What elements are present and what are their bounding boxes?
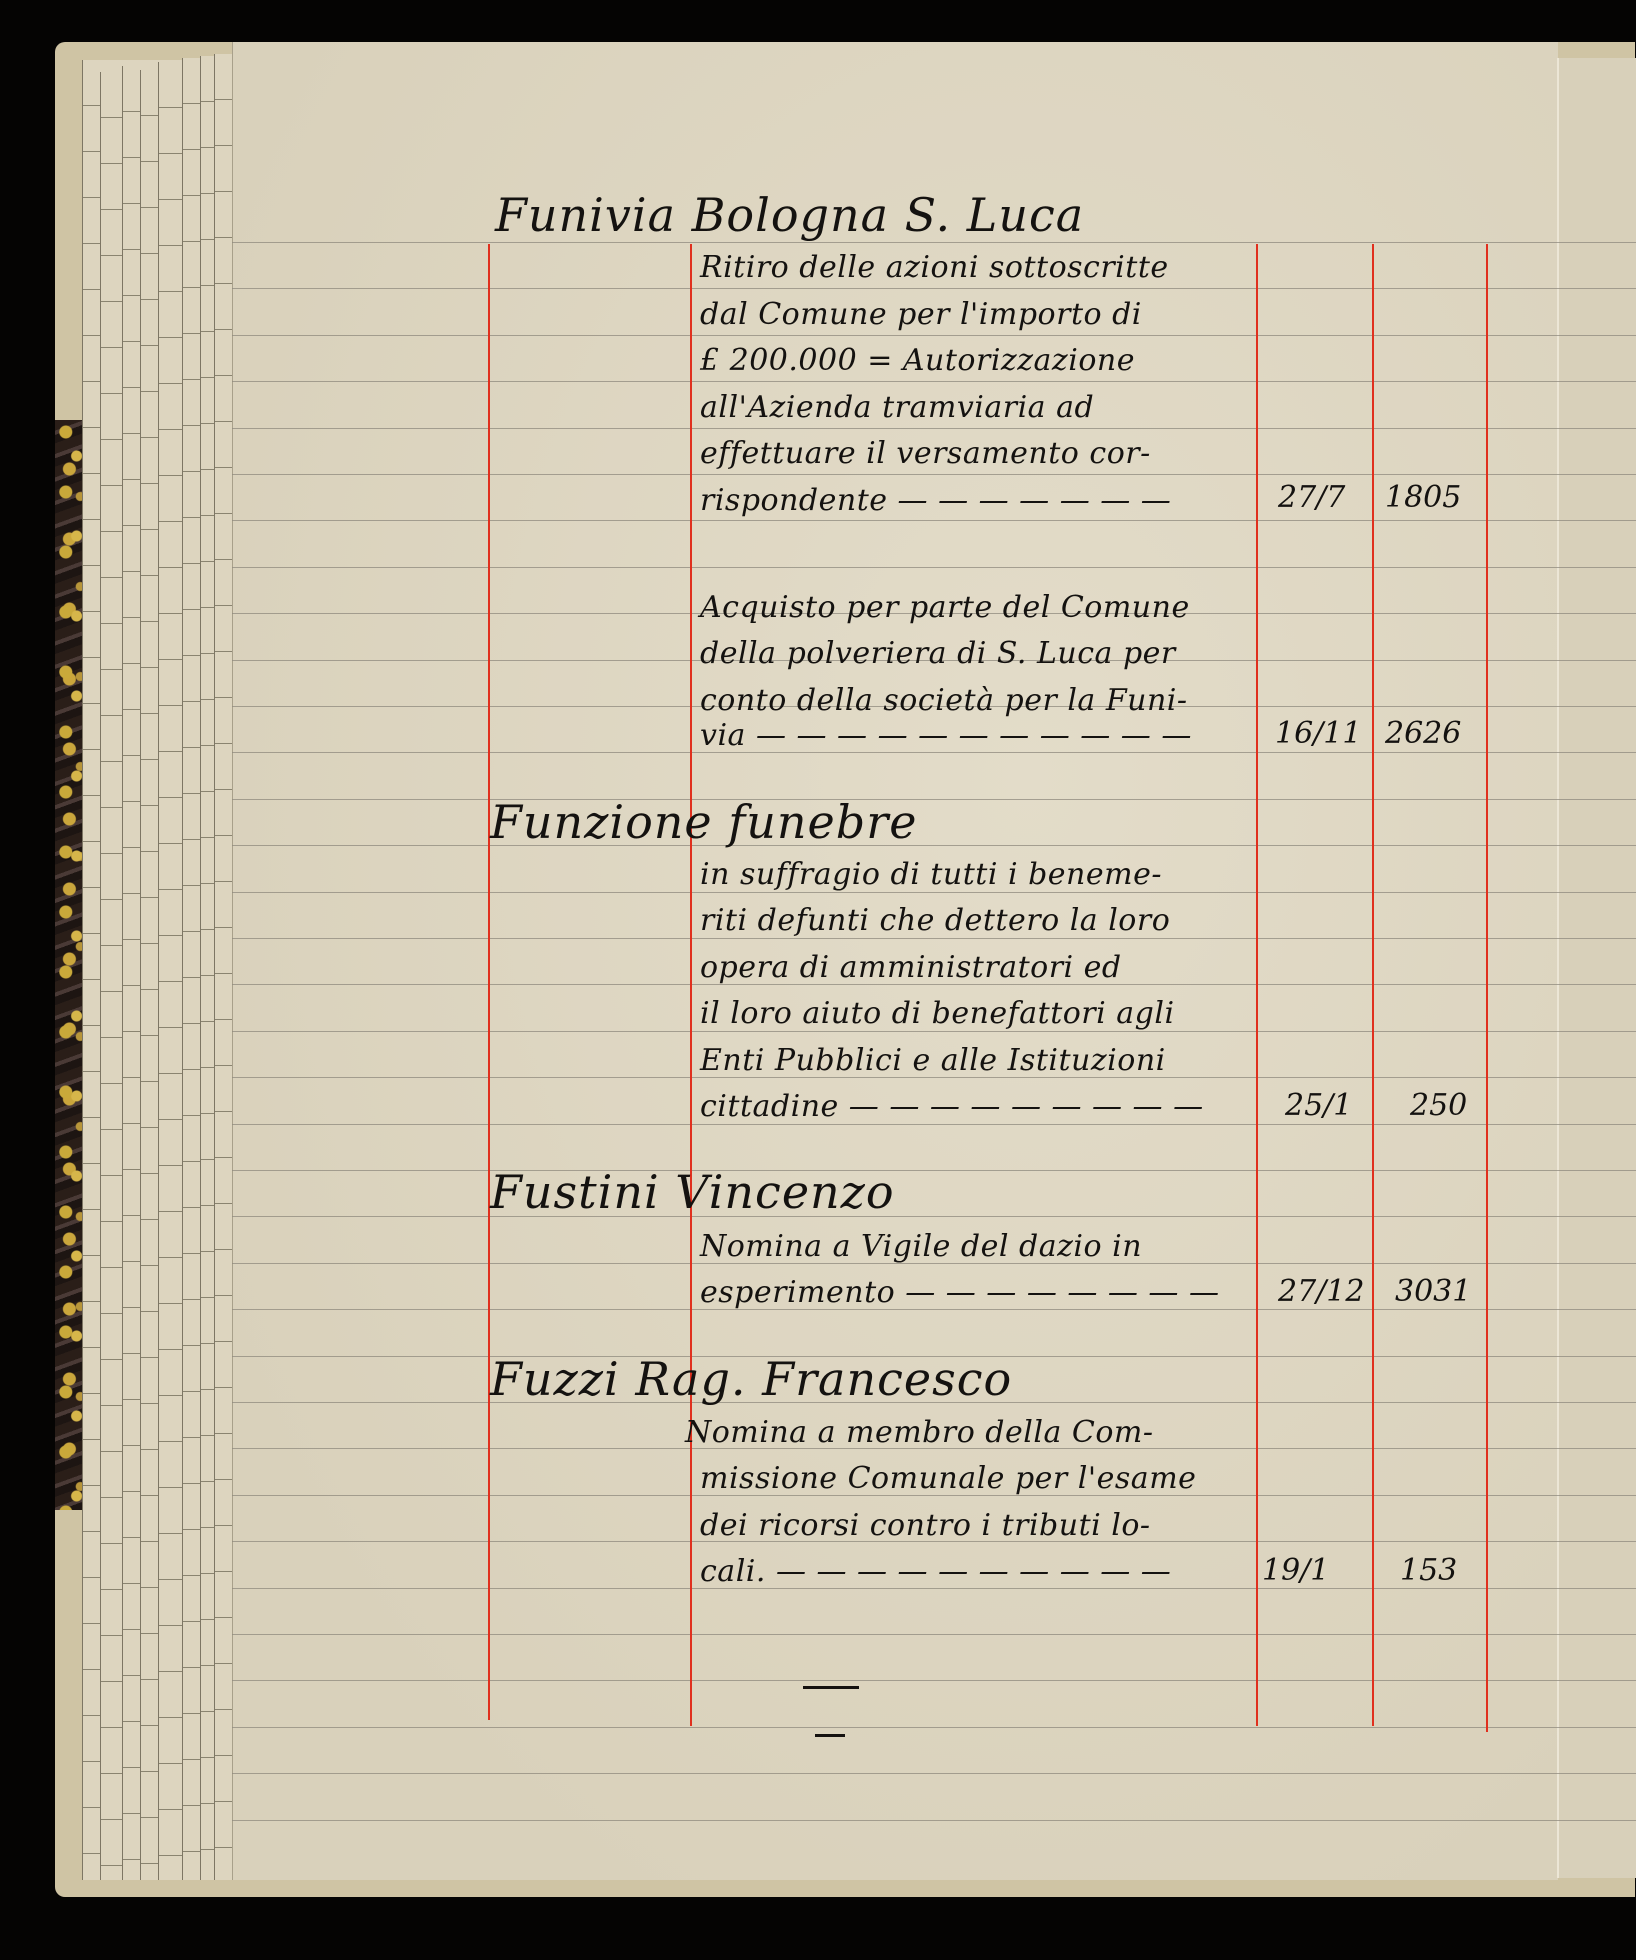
entry-text-line: riti defunti che dettero la loro [700, 903, 1170, 938]
entry-number: 250 [1410, 1088, 1467, 1123]
ruled-line [232, 474, 1636, 475]
ruled-line [232, 567, 1636, 568]
entry-heading: Funzione funebre [490, 795, 917, 849]
entry-text-line: missione Comunale per l'esame [700, 1461, 1196, 1496]
page-stack-edge [214, 54, 233, 1880]
ruled-line [232, 1031, 1636, 1032]
entry-text-line: esperimento — — — — — — — — [700, 1275, 1219, 1310]
entry-text-line: Nomina a membro della Com- [685, 1415, 1153, 1450]
ruled-line [232, 799, 1636, 800]
ruled-line [232, 1634, 1636, 1635]
entry-text-line: dei ricorsi contro i tributi lo- [700, 1508, 1151, 1543]
entry-number: 3031 [1395, 1274, 1471, 1309]
margin-line-3 [1256, 244, 1258, 1726]
entry-text-line: Acquisto per parte del Comune [700, 590, 1190, 625]
entry-text-line: rispondente — — — — — — — [700, 483, 1171, 518]
entry-text-line: il loro aiuto di benefattori agli [700, 996, 1175, 1031]
entry-text-line: cittadine — — — — — — — — — [700, 1089, 1204, 1124]
entry-number: 1805 [1385, 480, 1461, 515]
entry-text-line: dal Comune per l'importo di [700, 297, 1142, 332]
closing-dash [803, 1686, 859, 1689]
entry-text-line: all'Azienda tramviaria ad [700, 390, 1094, 425]
ruled-line [232, 1680, 1636, 1681]
entry-text-line: Nomina a Vigile del dazio in [700, 1229, 1142, 1264]
entry-text-line: Ritiro delle azioni sottoscritte [700, 250, 1169, 285]
entry-text-line: cali. — — — — — — — — — — [700, 1554, 1171, 1589]
ruled-line [232, 892, 1636, 893]
ruled-line [232, 1820, 1636, 1821]
entry-number: 153 [1400, 1553, 1457, 1588]
ruled-line [232, 938, 1636, 939]
entry-heading: Funivia Bologna S. Luca [495, 188, 1084, 242]
ruled-line [232, 335, 1636, 336]
entry-date: 27/7 [1278, 480, 1345, 515]
entry-text-line: £ 200.000 = Autorizzazione [700, 343, 1135, 378]
ruled-line [232, 520, 1636, 521]
entry-text-line: in suffragio di tutti i beneme- [700, 857, 1162, 892]
ruled-line [232, 1773, 1636, 1774]
entry-text-line: opera di amministratori ed [700, 950, 1122, 985]
ruled-line [232, 1170, 1636, 1171]
entry-date: 19/1 [1262, 1553, 1329, 1588]
entry-text-line: via — — — — — — — — — — — [700, 718, 1192, 753]
entry-date: 27/12 [1278, 1274, 1364, 1309]
ruled-line [232, 242, 1636, 243]
margin-line-4 [1372, 244, 1374, 1726]
entry-text-line: effettuare il versamento cor- [700, 436, 1151, 471]
ruled-line [232, 1124, 1636, 1125]
entry-date: 16/11 [1275, 716, 1361, 751]
entry-text-line: della polveriera di S. Luca per [700, 636, 1176, 671]
margin-line-2 [690, 244, 692, 1726]
ruled-line [232, 845, 1636, 846]
ruled-line [232, 428, 1636, 429]
ruled-line [232, 1216, 1636, 1217]
entry-date: 25/1 [1285, 1088, 1352, 1123]
ruled-line [232, 1727, 1636, 1728]
closing-dash [815, 1734, 845, 1737]
margin-line-1 [488, 244, 490, 1720]
margin-line-5 [1486, 244, 1488, 1732]
ruled-line [232, 381, 1636, 382]
entry-text-line: conto della società per la Funi- [700, 683, 1188, 718]
entry-number: 2626 [1385, 716, 1461, 751]
facing-page-edge [1557, 58, 1636, 1878]
entry-heading: Fustini Vincenzo [490, 1165, 895, 1219]
ruled-line [232, 288, 1636, 289]
entry-heading: Fuzzi Rag. Francesco [490, 1352, 1012, 1406]
entry-text-line: Enti Pubblici e alle Istituzioni [700, 1043, 1166, 1078]
